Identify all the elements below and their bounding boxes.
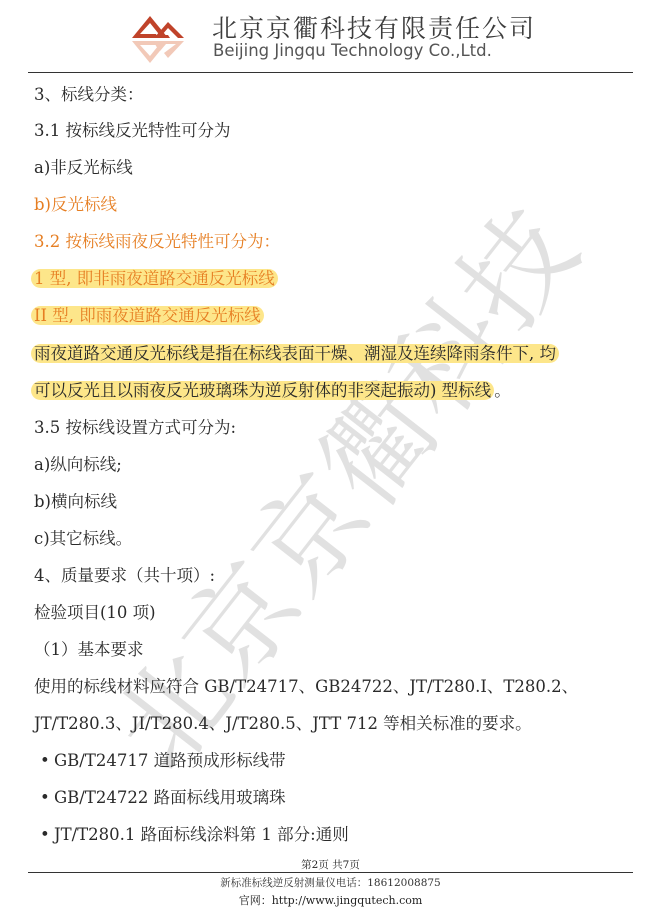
- standards-line-2: JT/T280.3、JI/T280.4、J/T280.5、JTT 712 等相关…: [34, 713, 532, 735]
- subsection-3-1: 3.1 按标线反光特性可分为: [34, 120, 231, 142]
- subsection-3-2: 3.2 按标线雨夜反光特性可分为：: [34, 231, 280, 253]
- type-2-line: II 型, 即雨夜道路交通反光标线: [34, 305, 264, 327]
- highlight: 雨夜道路交通反光标线是指在标线表面干燥、潮湿及连续降雨条件下, 均: [31, 344, 559, 363]
- bullet-item: •JT/T280.1 路面标线涂料第 1 部分:通则: [40, 824, 349, 846]
- company-name-en: Beijing Jingqu Technology Co.,Ltd.: [213, 41, 492, 60]
- highlight: 可以反光且以雨夜反光玻璃珠为逆反射体的非突起振动) 型标线: [31, 381, 494, 400]
- basic-requirements: （1）基本要求: [34, 639, 144, 661]
- page-header: 北京京衢科技有限责任公司 Beijing Jingqu Technology C…: [0, 0, 661, 74]
- footer-phone: 新标准标线逆反射测量仪电话：18612008875: [0, 875, 661, 890]
- definition-line-1: 雨夜道路交通反光标线是指在标线表面干燥、潮湿及连续降雨条件下, 均: [34, 343, 559, 365]
- list-item-a: a)非反光标线: [34, 157, 133, 179]
- bullet-icon: •: [40, 787, 54, 809]
- company-logo-icon: [128, 8, 188, 64]
- list-item-a-longitudinal: a)纵向标线;: [34, 454, 122, 476]
- bullet-text: GB/T24717 道路预成形标线带: [54, 751, 286, 770]
- bullet-icon: •: [40, 750, 54, 772]
- highlight: II 型, 即雨夜道路交通反光标线: [31, 306, 264, 325]
- section-heading-4: 4、质量要求（共十项）:: [34, 565, 215, 587]
- standards-line-1: 使用的标线材料应符合 GB/T24717、GB24722、JT/T280.I、T…: [34, 676, 578, 698]
- company-name-cn: 北京京衢科技有限责任公司: [212, 9, 536, 45]
- footer-website[interactable]: 官网：http://www.jingqutech.com: [0, 892, 661, 908]
- highlight: 1 型, 即非雨夜道路交通反光标线: [31, 269, 278, 288]
- subsection-3-5: 3.5 按标线设置方式可分为:: [34, 417, 236, 439]
- page-indicator: 第2页 共7页: [0, 857, 661, 872]
- bullet-text: GB/T24722 路面标线用玻璃珠: [54, 788, 286, 807]
- period: 。: [494, 381, 511, 400]
- inspection-items: 检验项目(10 项): [34, 602, 156, 624]
- bullet-text: JT/T280.1 路面标线涂料第 1 部分:通则: [54, 825, 349, 844]
- bullet-item: •GB/T24717 道路预成形标线带: [40, 750, 286, 772]
- type-1-line: 1 型, 即非雨夜道路交通反光标线: [34, 268, 278, 290]
- list-item-c-other: c)其它标线。: [34, 528, 132, 550]
- bullet-icon: •: [40, 824, 54, 846]
- footer-divider: [28, 872, 633, 873]
- watermark: 北京京衢科技: [70, 170, 608, 797]
- list-item-b-transverse: b)横向标线: [34, 491, 117, 513]
- bullet-item: •GB/T24722 路面标线用玻璃珠: [40, 787, 286, 809]
- section-heading-3: 3、标线分类：: [34, 84, 144, 106]
- list-item-b: b)反光标线: [34, 194, 117, 216]
- definition-line-2: 可以反光且以雨夜反光玻璃珠为逆反射体的非突起振动) 型标线。: [34, 380, 511, 402]
- header-divider: [28, 72, 633, 73]
